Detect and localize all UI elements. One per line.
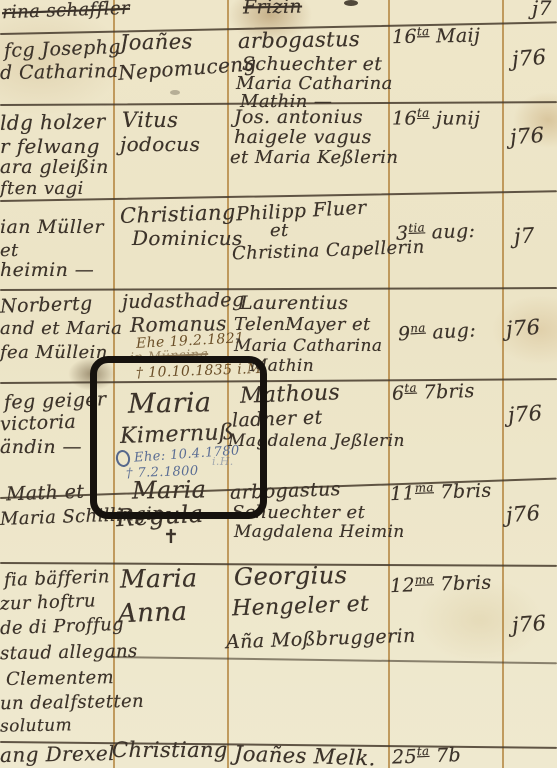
year-label: j76: [505, 503, 541, 526]
child-name: Joañes: [120, 31, 193, 53]
spouses-entry: Jos. antonius: [234, 108, 363, 127]
row-rule: [0, 287, 557, 291]
spouses-entry: Magdalena Heimin: [234, 524, 405, 541]
parents-entry: et: [0, 242, 19, 260]
child-name: Vitus: [122, 110, 178, 131]
year-label: j76: [509, 125, 545, 148]
parents-entry: r felwang: [0, 136, 100, 156]
row-rule: [108, 656, 557, 664]
parents-entry: heimin —: [0, 261, 94, 280]
highlight-box: [90, 356, 267, 519]
year-label: j76: [511, 613, 547, 636]
ink-mark: [170, 90, 180, 95]
parents-entry: ian Müller: [0, 218, 104, 237]
parents-entry: fea Müllein: [0, 344, 108, 362]
parents-entry: Math et: [6, 483, 85, 505]
column-rule: [388, 0, 390, 768]
parents-entry: Norbertg: [0, 294, 93, 316]
year-label: j76: [507, 403, 543, 426]
year-label: j7: [532, 0, 552, 18]
parents-entry: victoria: [0, 413, 77, 435]
marriage-date: 16ta junij: [392, 108, 480, 128]
child-name: Christiang: [120, 202, 236, 227]
parents-entry: ara gleißin: [0, 158, 109, 177]
parents-entry: and et Maria: [0, 320, 122, 338]
marriage-date: 12ma 7bris: [390, 572, 492, 596]
year-label: j76: [505, 317, 541, 340]
child-name: jodocus: [120, 134, 200, 154]
register-page: rina schaffler Frizin j7 fcg Josephg d C…: [0, 0, 557, 768]
child-name: Anna: [118, 599, 188, 627]
spouses-entry: Schuechter et: [242, 55, 382, 74]
parents-entry: fia bäfferin: [4, 568, 110, 590]
cross-icon: ✝: [163, 528, 179, 547]
year-label: j76: [511, 47, 547, 70]
marriage-date: 3tia aug:: [396, 221, 476, 244]
spouses-entry: Laurentius: [240, 294, 348, 313]
marriage-date: 11ma 7bris: [390, 480, 492, 504]
parents-entry: de di Proffug: [0, 616, 124, 638]
ink-mark: [344, 0, 358, 6]
parents-entry: staud allegans: [0, 643, 138, 663]
spouses-entry: Georgius: [234, 563, 348, 589]
child-name: Maria: [120, 565, 198, 591]
column-rule: [502, 0, 504, 768]
year-label: j7: [513, 225, 535, 247]
spouses-entry: Hengeler et: [232, 594, 370, 621]
spouses-entry: Maria Catharina: [234, 338, 382, 355]
parents-entry: un dealfstetten: [0, 693, 144, 714]
spouses-entry: Philipp Fluer: [236, 199, 367, 225]
parents-entry: rina schaffler: [2, 0, 131, 22]
parents-entry: ldg holzer: [0, 111, 106, 133]
parents-entry: ften vagi: [0, 180, 84, 198]
marriage-date: 6ta 7bris: [392, 381, 475, 404]
marriage-date: 25ta 7b: [392, 745, 462, 768]
parents-entry: zur hoftru: [0, 592, 96, 613]
parents-entry: d Catharina: [0, 62, 119, 83]
parents-entry: Clementem: [6, 669, 114, 689]
parents-entry: solutum: [0, 717, 72, 735]
child-name: Dominicus: [132, 228, 243, 248]
parents-entry: fcg Josephg: [4, 38, 121, 61]
child-name: judasthadeg: [122, 291, 245, 312]
spouses-entry: et Maria Keßlerin: [230, 149, 398, 167]
marriage-date: 9na aug:: [398, 320, 477, 344]
spouses-entry: Joañes Melk.: [234, 744, 376, 768]
parents-entry: ang Drexel: [0, 743, 115, 765]
spouses-entry: et: [270, 222, 289, 240]
spouses-entry: arbogastus: [238, 29, 360, 52]
parents-entry: ändin —: [0, 438, 82, 457]
spouses-entry: TelenMayer et: [234, 316, 371, 334]
spouses-entry: Frizin: [243, 0, 302, 18]
marriage-date: 16ta Maij: [392, 25, 481, 47]
child-name: Christiang: [112, 740, 228, 761]
spouses-entry: haigele vagus: [234, 128, 372, 147]
